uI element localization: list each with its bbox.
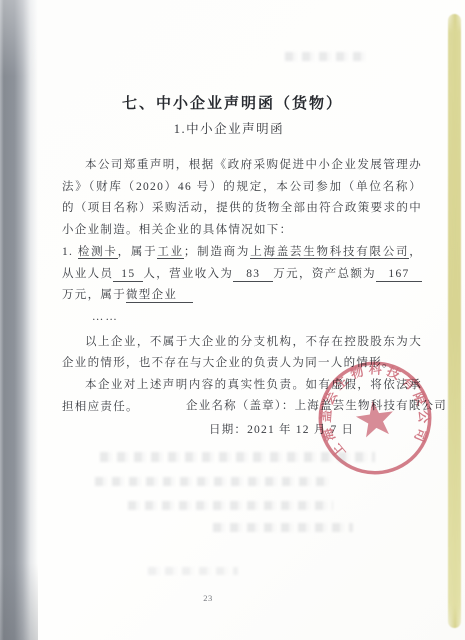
stamp-star-icon [354,398,396,438]
declaration-paragraph-1: 本公司郑重声明，根据《政府采购促进中小企业发展管理办法》（财库（2020）46 … [62,155,422,242]
page-number: 23 [196,593,220,603]
bleed-through-mark [128,501,333,510]
revenue-value: 83 [233,268,273,282]
assets-value: 167 [376,268,422,282]
item-text: 万元，属于 [62,289,126,301]
company-seal-stamp: 上海盖芸生物科技有限公司 [303,346,448,491]
enterprise-item-line: 1. 检测卡，属于工业；制造商为上海盖芸生物科技有限公司，从业人员15人，营业收… [62,242,422,307]
bleed-through-mark [148,567,238,575]
bleed-through-mark [95,477,330,486]
document-subtitle: 1.中小企业声明函 [0,119,458,137]
item-text: 人，营业收入为 [143,268,233,280]
manufacturer-name: 上海盖芸生物科技有限公司 [250,246,409,259]
document-title: 七、中小企业声明函（货物） [0,92,465,113]
bleed-through-mark [285,52,370,61]
item-text: 万元，资产总额为 [273,268,376,280]
industry-value: 工业 [157,246,184,259]
item-text: ，属于 [118,246,158,258]
enterprise-type-value: 微型企业 [126,289,193,303]
bleed-through-mark [213,523,353,532]
product-name: 检测卡 [78,246,118,259]
date-label: 日期： [209,424,247,436]
item-text: ；制造商为 [184,246,250,258]
item-index: 1. [62,246,73,258]
employees-value: 15 [113,268,143,282]
scanned-document-page: 七、中小企业声明函（货物） 1.中小企业声明函 本公司郑重声明，根据《政府采购促… [0,0,465,640]
company-label: 企业名称（盖章）： [186,400,295,412]
ellipsis-line: …… [62,307,422,329]
